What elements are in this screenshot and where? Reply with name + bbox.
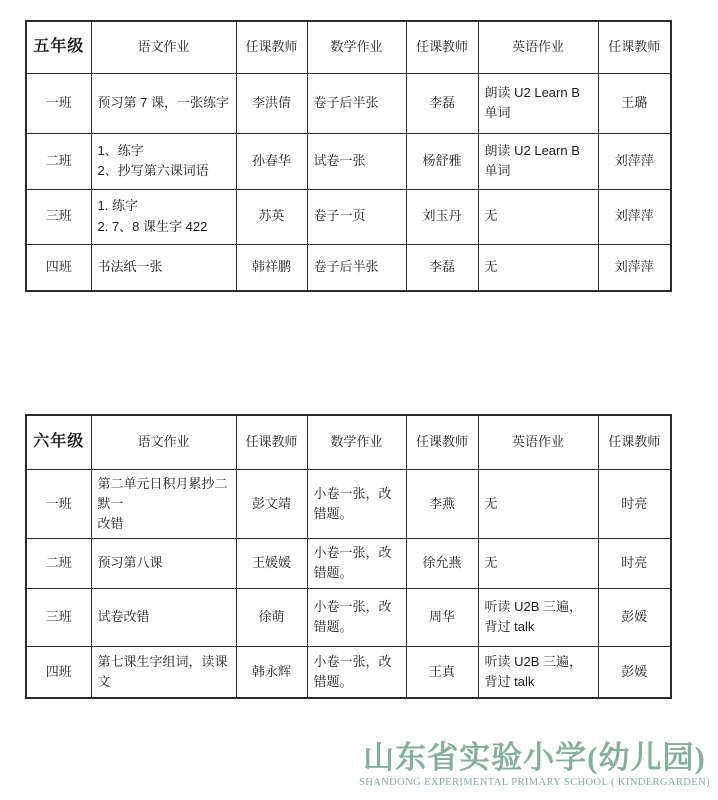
cell-english-homework: 朗读 U2 Learn B 单词 — [478, 133, 598, 189]
cell-class-name: 三班 — [26, 189, 91, 244]
cell-english-homework: 无 — [478, 189, 598, 244]
table-row: 四班 书法纸一张 韩祥鹏 卷子后半张 李磊 无 刘萍萍 — [26, 244, 671, 291]
table-header-row: 五年级 语文作业 任课教师 数学作业 任课教师 英语作业 任课教师 — [26, 21, 671, 73]
cell-english-homework: 听读 U2B 三遍，背过 talk — [478, 646, 598, 698]
cell-math-teacher: 王真 — [406, 646, 478, 698]
col-header-chinese-homework: 语文作业 — [91, 21, 236, 73]
cell-math-teacher: 李磊 — [406, 244, 478, 291]
col-header-english-homework: 英语作业 — [478, 415, 598, 469]
cell-english-teacher: 时亮 — [598, 538, 671, 588]
table-row: 三班 试卷改错 徐萌 小卷一张，改错题。 周华 听读 U2B 三遍，背过 tal… — [26, 588, 671, 646]
cell-chinese-homework: 1. 练字 2. 7、8 课生字 422 — [91, 189, 236, 244]
cell-math-homework: 卷子一页 — [307, 189, 406, 244]
table-header-row: 六年级 语文作业 任课教师 数学作业 任课教师 英语作业 任课教师 — [26, 415, 671, 469]
col-header-english-teacher: 任课教师 — [598, 415, 671, 469]
school-name-chinese: 山东省实验小学(幼儿园) — [359, 740, 710, 776]
cell-english-teacher: 彭媛 — [598, 646, 671, 698]
cell-math-homework: 小卷一张，改错题。 — [307, 588, 406, 646]
cell-english-homework: 无 — [478, 244, 598, 291]
col-header-chinese-homework: 语文作业 — [91, 415, 236, 469]
cell-english-teacher: 刘萍萍 — [598, 189, 671, 244]
col-header-math-homework: 数学作业 — [307, 415, 406, 469]
grade-label: 五年级 — [26, 21, 91, 73]
cell-class-name: 一班 — [26, 73, 91, 133]
cell-english-homework: 朗读 U2 Learn B 单词 — [478, 73, 598, 133]
table-row: 一班 预习第 7 课，一张练字 李洪倩 卷子后半张 李磊 朗读 U2 Learn… — [26, 73, 671, 133]
table-row: 一班 第二单元日积月累抄二默一 改错 彭文靖 小卷一张，改错题。 李燕 无 时亮 — [26, 469, 671, 538]
grade5-homework-table: 五年级 语文作业 任课教师 数学作业 任课教师 英语作业 任课教师 一班 预习第… — [25, 20, 672, 292]
cell-chinese-homework: 1、练字 2、抄写第六课词语 — [91, 133, 236, 189]
cell-chinese-teacher: 彭文靖 — [236, 469, 307, 538]
col-header-chinese-teacher: 任课教师 — [236, 21, 307, 73]
cell-english-teacher: 彭媛 — [598, 588, 671, 646]
cell-english-teacher: 王璐 — [598, 73, 671, 133]
cell-class-name: 一班 — [26, 469, 91, 538]
cell-chinese-homework: 第二单元日积月累抄二默一 改错 — [91, 469, 236, 538]
cell-math-teacher: 徐允燕 — [406, 538, 478, 588]
grade-label: 六年级 — [26, 415, 91, 469]
col-header-math-homework: 数学作业 — [307, 21, 406, 73]
cell-chinese-teacher: 苏英 — [236, 189, 307, 244]
cell-english-homework: 无 — [478, 469, 598, 538]
cell-class-name: 二班 — [26, 133, 91, 189]
cell-class-name: 四班 — [26, 244, 91, 291]
school-logo: 山东省实验小学(幼儿园) SHANDONG EXPERIMENTAL PRIMA… — [359, 740, 710, 788]
col-header-math-teacher: 任课教师 — [406, 415, 478, 469]
cell-chinese-teacher: 韩祥鹏 — [236, 244, 307, 291]
cell-math-homework: 卷子后半张 — [307, 73, 406, 133]
cell-math-homework: 小卷一张，改错题。 — [307, 538, 406, 588]
cell-class-name: 三班 — [26, 588, 91, 646]
homework-sheet: 五年级 语文作业 任课教师 数学作业 任课教师 英语作业 任课教师 一班 预习第… — [0, 0, 718, 800]
col-header-chinese-teacher: 任课教师 — [236, 415, 307, 469]
cell-chinese-teacher: 李洪倩 — [236, 73, 307, 133]
col-header-math-teacher: 任课教师 — [406, 21, 478, 73]
cell-math-teacher: 李磊 — [406, 73, 478, 133]
cell-math-teacher: 杨舒雅 — [406, 133, 478, 189]
cell-chinese-homework: 预习第八课 — [91, 538, 236, 588]
cell-chinese-teacher: 孙春华 — [236, 133, 307, 189]
cell-chinese-homework: 书法纸一张 — [91, 244, 236, 291]
cell-class-name: 二班 — [26, 538, 91, 588]
cell-class-name: 四班 — [26, 646, 91, 698]
col-header-english-homework: 英语作业 — [478, 21, 598, 73]
cell-math-homework: 小卷一张，改错题。 — [307, 646, 406, 698]
table-row: 二班 1、练字 2、抄写第六课词语 孙春华 试卷一张 杨舒雅 朗读 U2 Lea… — [26, 133, 671, 189]
cell-chinese-teacher: 王媛媛 — [236, 538, 307, 588]
cell-english-teacher: 刘萍萍 — [598, 133, 671, 189]
cell-chinese-homework: 预习第 7 课，一张练字 — [91, 73, 236, 133]
cell-math-homework: 小卷一张，改错题。 — [307, 469, 406, 538]
table-row: 二班 预习第八课 王媛媛 小卷一张，改错题。 徐允燕 无 时亮 — [26, 538, 671, 588]
table-row: 四班 第七课生字组词，读课文 韩永辉 小卷一张，改错题。 王真 听读 U2B 三… — [26, 646, 671, 698]
cell-chinese-teacher: 徐萌 — [236, 588, 307, 646]
cell-english-teacher: 时亮 — [598, 469, 671, 538]
cell-english-homework: 无 — [478, 538, 598, 588]
cell-math-teacher: 周华 — [406, 588, 478, 646]
cell-math-teacher: 刘玉丹 — [406, 189, 478, 244]
cell-math-homework: 卷子后半张 — [307, 244, 406, 291]
school-name-english: SHANDONG EXPERIMENTAL PRIMARY SCHOOL ( K… — [359, 777, 710, 788]
cell-math-teacher: 李燕 — [406, 469, 478, 538]
cell-chinese-homework: 第七课生字组词，读课文 — [91, 646, 236, 698]
col-header-english-teacher: 任课教师 — [598, 21, 671, 73]
cell-english-homework: 听读 U2B 三遍，背过 talk — [478, 588, 598, 646]
cell-chinese-teacher: 韩永辉 — [236, 646, 307, 698]
cell-english-teacher: 刘萍萍 — [598, 244, 671, 291]
cell-chinese-homework: 试卷改错 — [91, 588, 236, 646]
table-row: 三班 1. 练字 2. 7、8 课生字 422 苏英 卷子一页 刘玉丹 无 刘萍… — [26, 189, 671, 244]
cell-math-homework: 试卷一张 — [307, 133, 406, 189]
grade6-homework-table: 六年级 语文作业 任课教师 数学作业 任课教师 英语作业 任课教师 一班 第二单… — [25, 414, 672, 699]
